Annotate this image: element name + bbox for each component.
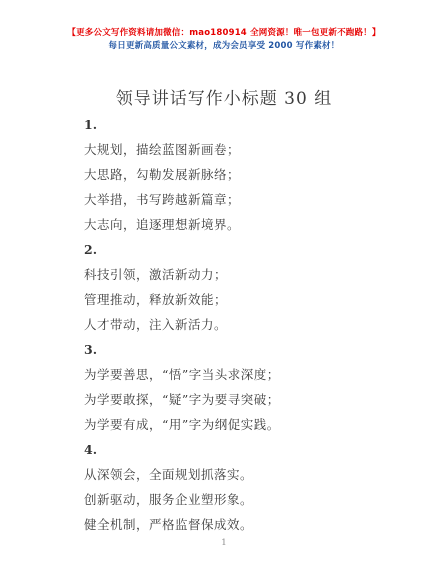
document-body: 1. 大规划，描绘蓝图新画卷； 大思路，勾勒发展新脉络； 大举措，书写跨越新篇章… xyxy=(84,112,398,537)
section-2-number: 2. xyxy=(84,237,398,262)
section-3-line-3: 为学要有成，“用”字为纲促实践。 xyxy=(84,412,398,437)
document-page: 【更多公文写作资料请加微信：mao180914 全网资源！唯一包更新不跑路！】 … xyxy=(0,0,448,580)
section-3-line-1: 为学要善思，“悟”字当头求深度； xyxy=(84,362,398,387)
promo-header: 【更多公文写作资料请加微信：mao180914 全网资源！唯一包更新不跑路！】 … xyxy=(0,27,448,53)
section-1-number: 1. xyxy=(84,112,398,137)
promo-line-red: 【更多公文写作资料请加微信：mao180914 全网资源！唯一包更新不跑路！】 xyxy=(0,27,448,40)
section-2-line-3: 人才带动，注入新活力。 xyxy=(84,312,398,337)
section-4-number: 4. xyxy=(84,437,398,462)
section-4-line-1: 从深领会，全面规划抓落实。 xyxy=(84,462,398,487)
document-title: 领导讲话写作小标题 30 组 xyxy=(0,84,448,109)
section-2-line-2: 管理推动，释放新效能； xyxy=(84,287,398,312)
section-1-line-4: 大志向，追逐理想新境界。 xyxy=(84,212,398,237)
section-1-line-1: 大规划，描绘蓝图新画卷； xyxy=(84,137,398,162)
section-3-line-2: 为学要敢探，“疑”字为要寻突破； xyxy=(84,387,398,412)
section-4-line-3: 健全机制，严格监督保成效。 xyxy=(84,512,398,537)
section-1-line-3: 大举措，书写跨越新篇章； xyxy=(84,187,398,212)
section-4-line-2: 创新驱动，服务企业塑形象。 xyxy=(84,487,398,512)
page-number: 1 xyxy=(0,538,448,548)
section-1-line-2: 大思路，勾勒发展新脉络； xyxy=(84,162,398,187)
section-3-number: 3. xyxy=(84,337,398,362)
promo-line-blue: 每日更新高质量公文素材，成为会员享受 2000 写作素材！ xyxy=(0,40,448,53)
section-2-line-1: 科技引领，激活新动力； xyxy=(84,262,398,287)
